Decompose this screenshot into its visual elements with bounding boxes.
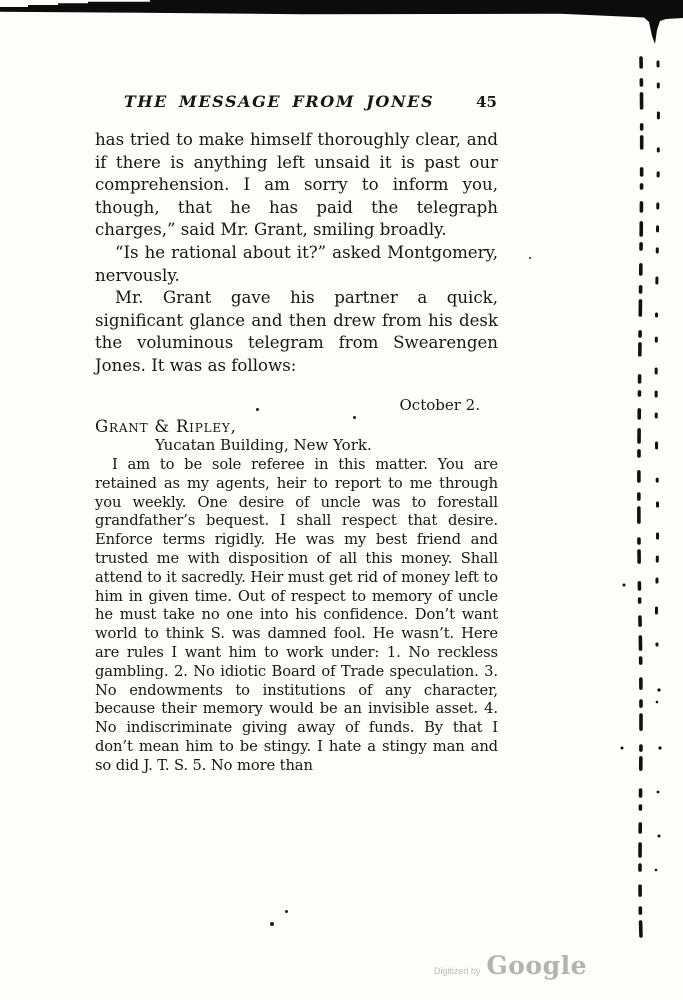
paragraph-dialogue: “Is he rational about it?” asked Montgom…	[95, 242, 498, 287]
telegram-block: October 2. Grant & Ripley, Yucatan Build…	[95, 396, 498, 776]
telegram-body: I am to be sole referee in this matter. …	[95, 456, 498, 776]
telegram-date: October 2.	[95, 396, 498, 414]
telegram-recipient: Grant & Ripley,	[95, 417, 498, 436]
scan-edge-artifact-top	[0, 0, 683, 50]
scan-binding-artifacts	[603, 0, 683, 1000]
scanned-book-page: THE MESSAGE FROM JONES 45 has tried to m…	[0, 0, 683, 1000]
watermark-prefix-label: Digitized by	[434, 966, 481, 976]
body-text-block: has tried to make himself thoroughly cle…	[95, 129, 498, 378]
running-header: THE MESSAGE FROM JONES 45	[95, 92, 497, 111]
ink-speck	[285, 910, 288, 913]
google-logo: Google	[486, 951, 587, 980]
paragraph-continuation: has tried to make himself thoroughly cle…	[95, 129, 498, 242]
paragraph-narration: Mr. Grant gave his partner a quick, sign…	[95, 287, 498, 377]
ink-speck	[270, 922, 274, 926]
running-header-title: THE MESSAGE FROM JONES	[95, 92, 463, 111]
ink-speck	[529, 257, 531, 259]
page-number: 45	[463, 93, 497, 111]
digitization-watermark: Digitized by Google	[434, 951, 587, 980]
telegram-address: Yucatan Building, New York.	[155, 436, 498, 454]
